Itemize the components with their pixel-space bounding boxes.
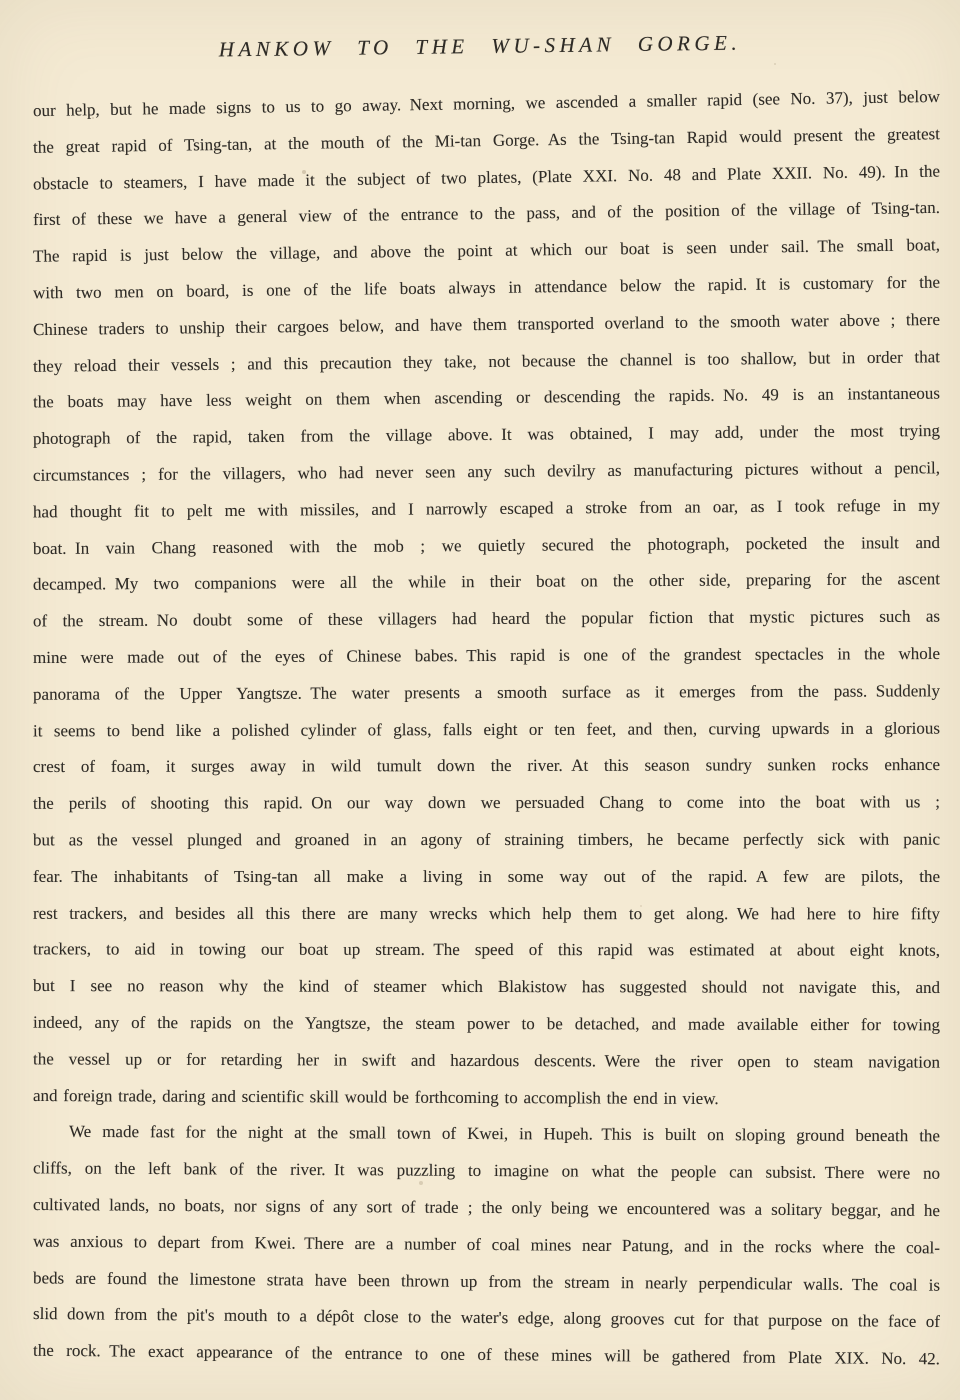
body-text: our help, but he made signs to us to go … — [33, 86, 940, 1374]
text-line: cultivated lands, no boats, nor signs of… — [33, 1187, 940, 1230]
text-line: but as the vessel plunged and groaned in… — [33, 822, 940, 860]
text-line: had thought fit to pelt me with missiles… — [33, 487, 940, 531]
text-line: rest trackers, and besides all this ther… — [33, 895, 940, 932]
text-line: trackers, to aid in towing our boat up s… — [33, 932, 940, 970]
text-line: panorama of the Upper Yangtsze. The wate… — [33, 673, 940, 713]
text-line: boat. In vain Chang reasoned with the mo… — [33, 524, 940, 567]
book-page: HANKOW TO THE WU-SHAN GORGE. our help, b… — [0, 0, 960, 1400]
text-line: was anxious to depart from Kwei. There a… — [33, 1223, 940, 1266]
text-line: cliffs, on the left bank of the river. I… — [33, 1150, 940, 1192]
text-line: indeed, any of the rapids on the Yangtsz… — [33, 1005, 940, 1044]
text-line: the perils of shooting this rapid. On ou… — [33, 784, 940, 822]
text-line: and foreign trade, daring and scientific… — [33, 1078, 940, 1119]
text-line: but I see no reason why the kind of stea… — [33, 968, 940, 1007]
page-title: HANKOW TO THE WU-SHAN GORGE. — [0, 28, 960, 66]
text-line: crest of foam, it surges away in wild tu… — [33, 747, 940, 786]
text-line: it seems to bend like a polished cylinde… — [33, 710, 940, 750]
text-line: of the stream. No doubt some of these vi… — [33, 599, 940, 641]
text-line: We made fast for the night at the small … — [33, 1114, 940, 1155]
text-line: the vessel up or for retarding her in sw… — [33, 1041, 940, 1081]
text-line: mine were made out of the eyes of Chines… — [33, 636, 940, 677]
text-line: fear. The inhabitants of Tsing-tan all m… — [33, 859, 940, 896]
text-line: the rock. The exact appearance of the en… — [33, 1333, 940, 1379]
text-line: decamped. My two companions were all the… — [33, 562, 940, 604]
